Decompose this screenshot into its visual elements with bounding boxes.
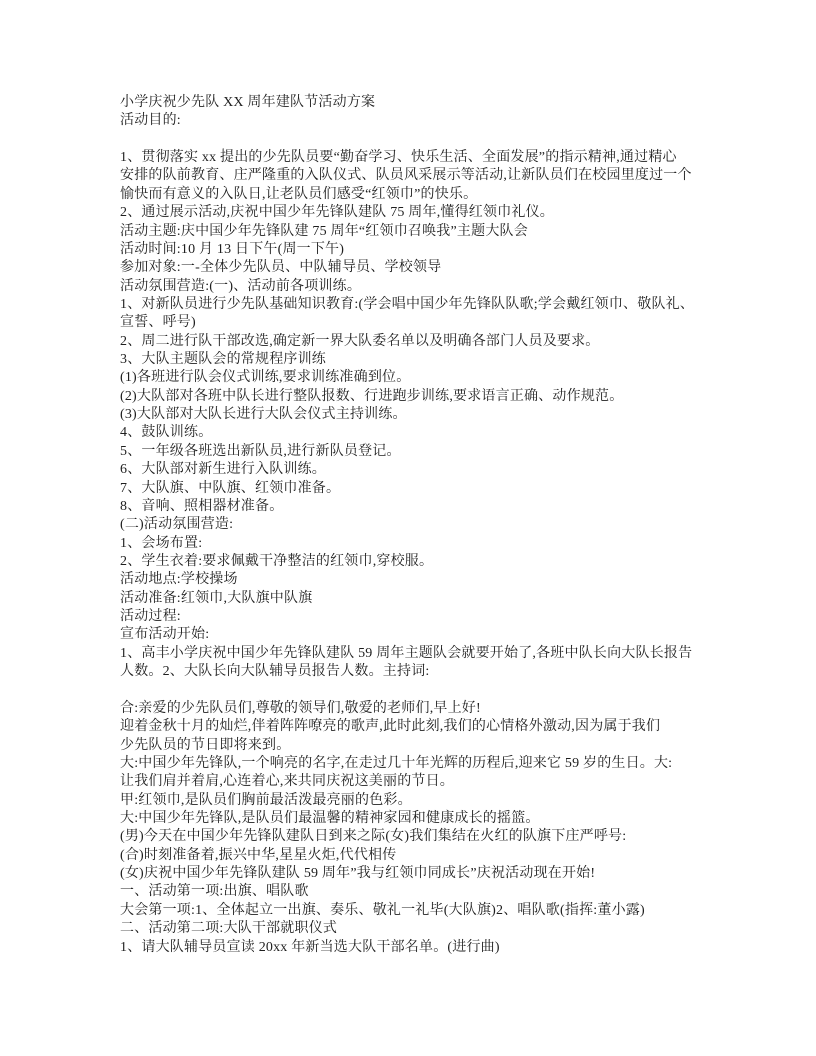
doc-line: 活动过程: bbox=[120, 608, 706, 626]
doc-line: 活动主题:庆中国少年先锋队建 75 周年“红领巾召唤我”主题大队会 bbox=[120, 223, 706, 241]
doc-line: 二、活动第二项:大队干部就职仪式 bbox=[120, 920, 706, 938]
doc-line: 2、周二进行队干部改选,确定新一界大队委名单以及明确各部门人员及要求。 bbox=[120, 333, 706, 351]
doc-line: (二)活动氛围营造: bbox=[120, 516, 706, 534]
doc-line: 4、鼓队训练。 bbox=[120, 424, 706, 442]
doc-line: (合)时刻准备着,振兴中华,星星火炬,代代相传 bbox=[120, 847, 706, 865]
doc-line: 1、贯彻落实 xx 提出的少先队员要“勤奋学习、快乐生活、全面发展”的指示精神,… bbox=[120, 149, 706, 167]
doc-line: 2、学生衣着:要求佩戴干净整洁的红领巾,穿校服。 bbox=[120, 553, 706, 571]
doc-line: 1、会场布置: bbox=[120, 535, 706, 553]
doc-line: 迎着金秋十月的灿烂,伴着阵阵嘹亮的歌声,此时此刻,我们的心情格外激动,因为属于我… bbox=[120, 718, 706, 736]
doc-line: 参加对象:一-全体少先队员、中队辅导员、学校领导 bbox=[120, 259, 706, 277]
doc-line: (女)庆祝中国少年先锋队建队 59 周年”我与红领巾同成长”庆祝活动现在开始! bbox=[120, 865, 706, 883]
doc-line: 少先队员的节日即将来到。 bbox=[120, 737, 706, 755]
doc-line: 1、对新队员进行少先队基础知识教育:(学会唱中国少年先锋队队歌;学会戴红领巾、敬… bbox=[120, 296, 706, 314]
doc-line: (1)各班进行队会仪式训练,要求训练准确到位。 bbox=[120, 369, 706, 387]
doc-line: 安排的队前教育、庄严隆重的入队仪式、队员风采展示等活动,让新队员们在校园里度过一… bbox=[120, 167, 706, 185]
doc-line: (3)大队部对大队长进行大队会仪式主持训练。 bbox=[120, 406, 706, 424]
doc-line: (2)大队部对各班中队长进行整队报数、行进跑步训练,要求语言正确、动作规范。 bbox=[120, 388, 706, 406]
document-page: 小学庆祝少先队 XX 周年建队节活动方案 活动目的: 1、贯彻落实 xx 提出的… bbox=[0, 0, 816, 1056]
doc-line: 大:中国少年先锋队,是队员们最温馨的精神家园和健康成长的摇篮。 bbox=[120, 810, 706, 828]
doc-line: 6、大队部对新生进行入队训练。 bbox=[120, 461, 706, 479]
doc-line: 2、通过展示活动,庆祝中国少年先锋队建队 75 周年,懂得红领巾礼仪。 bbox=[120, 204, 706, 222]
doc-line: 人数。2、大队长向大队辅导员报告人数。主持词: bbox=[120, 663, 706, 681]
doc-line: 宣布活动开始: bbox=[120, 626, 706, 644]
doc-line: (男)今天在中国少年先锋队建队日到来之际(女)我们集结在火红的队旗下庄严呼号: bbox=[120, 828, 706, 846]
doc-line: 活动地点:学校操场 bbox=[120, 571, 706, 589]
document-title: 小学庆祝少先队 XX 周年建队节活动方案 bbox=[120, 94, 706, 112]
doc-line: 大会第一项:1、全体起立一出旗、奏乐、敬礼一礼毕(大队旗)2、唱队歌(指挥:董小… bbox=[120, 902, 706, 920]
doc-line: 活动氛围营造:(一)、活动前各项训练。 bbox=[120, 278, 706, 296]
doc-line: 1、高丰小学庆祝中国少年先锋队建队 59 周年主题队会就要开始了,各班中队长向大… bbox=[120, 645, 706, 663]
doc-line: 活动目的: bbox=[120, 112, 706, 130]
doc-line: 一、活动第一项:出旗、唱队歌 bbox=[120, 883, 706, 901]
document-body: 小学庆祝少先队 XX 周年建队节活动方案 活动目的: 1、贯彻落实 xx 提出的… bbox=[120, 94, 706, 957]
doc-line: 合:亲爱的少先队员们,尊敬的领导们,敬爱的老师们,早上好! bbox=[120, 700, 706, 718]
doc-line: 让我们肩并着肩,心连着心,来共同庆祝这美丽的节日。 bbox=[120, 773, 706, 791]
doc-line-blank bbox=[120, 682, 706, 700]
doc-line: 甲:红领巾,是队员们胸前最活泼最亮丽的色彩。 bbox=[120, 792, 706, 810]
doc-line: 3、大队主题队会的常规程序训练 bbox=[120, 351, 706, 369]
doc-line: 7、大队旗、中队旗、红领巾准备。 bbox=[120, 480, 706, 498]
doc-line: 活动时间:10 月 13 日下午(周一下午) bbox=[120, 241, 706, 259]
doc-line: 愉快而有意义的入队日,让老队员们感受“红领巾”的快乐。 bbox=[120, 186, 706, 204]
doc-line: 8、音响、照相器材准备。 bbox=[120, 498, 706, 516]
doc-line: 1、请大队辅导员宣读 20xx 年新当选大队干部名单。(进行曲) bbox=[120, 939, 706, 957]
doc-line: 活动准备:红领巾,大队旗中队旗 bbox=[120, 590, 706, 608]
doc-line-blank bbox=[120, 131, 706, 149]
doc-line: 大:中国少年先锋队,一个响亮的名字,在走过几十年光辉的历程后,迎来它 59 岁的… bbox=[120, 755, 706, 773]
doc-line: 宣誓、呼号) bbox=[120, 314, 706, 332]
doc-line: 5、一年级各班选出新队员,进行新队员登记。 bbox=[120, 443, 706, 461]
